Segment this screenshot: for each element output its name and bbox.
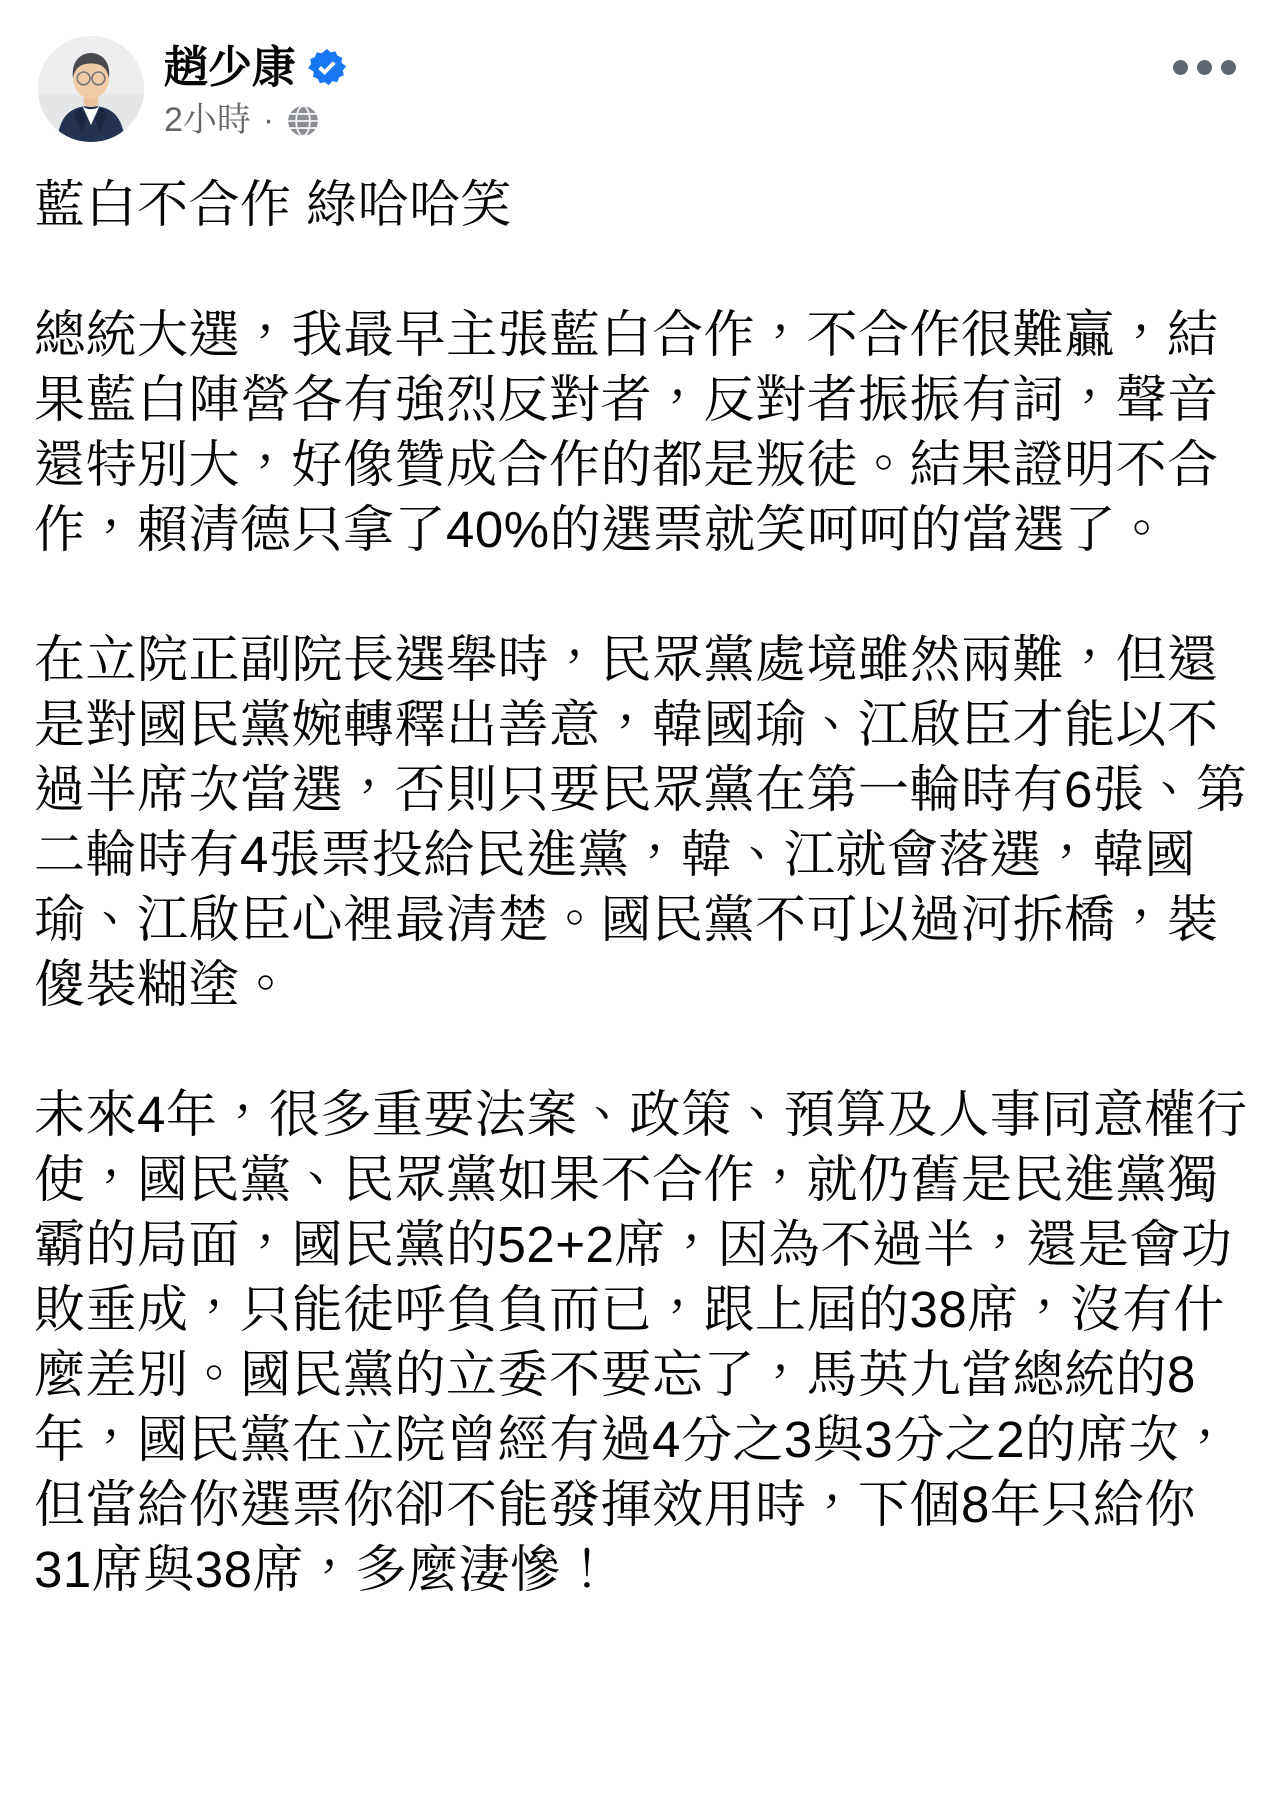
- timestamp[interactable]: 2小時: [164, 100, 251, 141]
- globe-public-icon: [286, 104, 320, 138]
- post-paragraph: 總統大選，我最早主張藍白合作，不合作很難贏，結果藍白陣營各有強烈反對者，反對者振…: [34, 302, 1250, 562]
- post-paragraph: 在立院正副院長選舉時，民眾黨處境雖然兩難，但還是對國民黨婉轉釋出善意，韓國瑜、江…: [34, 627, 1250, 1017]
- header-info: 趙少康 2小時 ·: [164, 36, 346, 141]
- author-name[interactable]: 趙少康: [164, 44, 296, 92]
- post-body: 藍白不合作 綠哈哈笑 總統大選，我最早主張藍白合作，不合作很難贏，結果藍白陣營各…: [0, 172, 1284, 1602]
- avatar-portrait: [38, 36, 144, 142]
- avatar[interactable]: [38, 36, 144, 142]
- post-meta: 2小時 ·: [164, 100, 346, 141]
- post-paragraph: 藍白不合作 綠哈哈笑: [34, 172, 1250, 237]
- post-header: 趙少康 2小時 ·: [0, 0, 1284, 142]
- ellipsis-more-icon[interactable]: [1167, 54, 1242, 81]
- facebook-post-card: 趙少康 2小時 ·: [0, 0, 1284, 1795]
- verified-badge-icon: [308, 49, 346, 87]
- post-paragraph: 未來4年，很多重要法案、政策、預算及人事同意權行使，國民黨、民眾黨如果不合作，就…: [34, 1082, 1250, 1602]
- meta-separator: ·: [263, 100, 274, 141]
